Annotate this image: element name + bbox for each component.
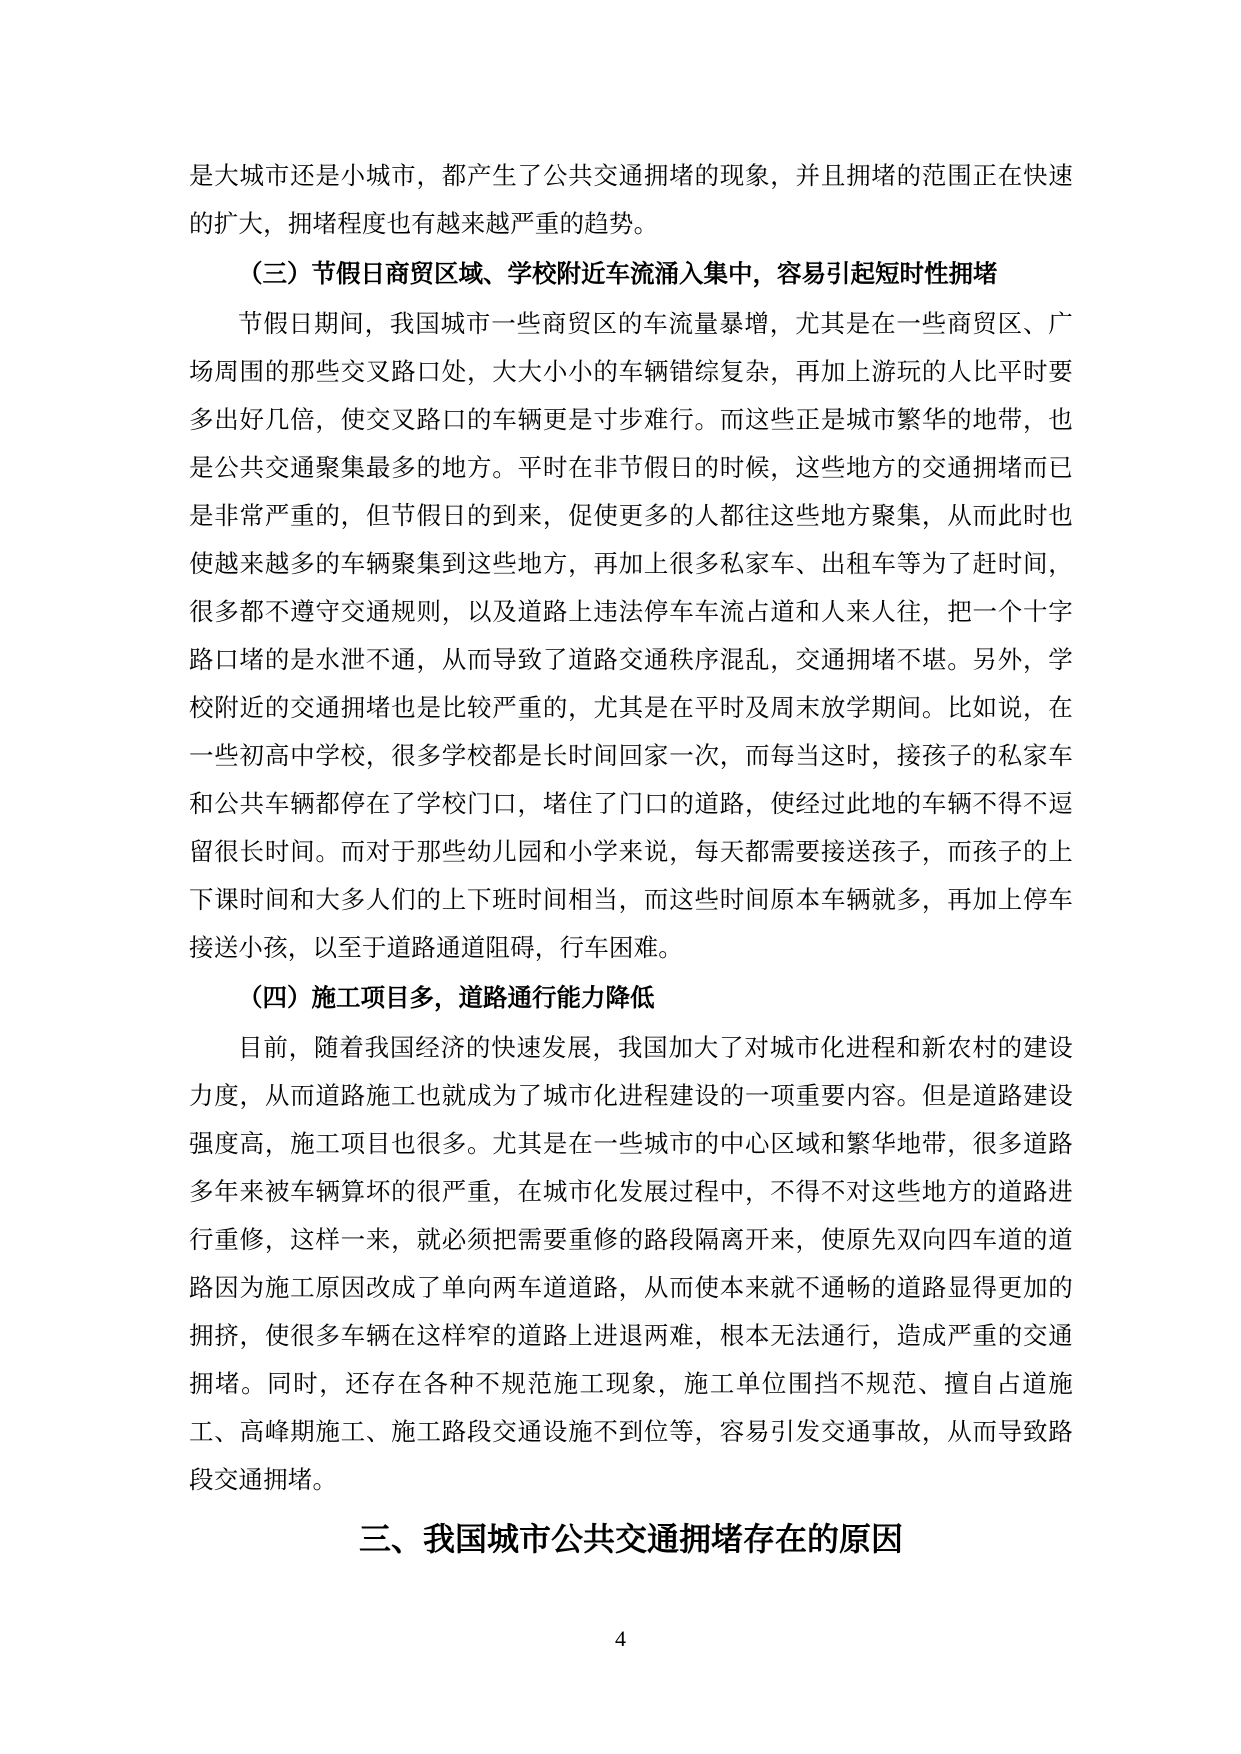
paragraph-section-three: 节假日期间，我国城市一些商贸区的车流量暴增，尤其是在一些商贸区、广场周围的那些交… bbox=[189, 301, 1073, 973]
paragraph-section-four: 目前，随着我国经济的快速发展，我国加大了对城市化进程和新农村的建设力度，从而道路… bbox=[189, 1025, 1073, 1505]
document-page: 是大城市还是小城市，都产生了公共交通拥堵的现象，并且拥堵的范围正在快速的扩大，拥… bbox=[0, 0, 1241, 1754]
carryover-paragraph: 是大城市还是小城市，都产生了公共交通拥堵的现象，并且拥堵的范围正在快速的扩大，拥… bbox=[189, 153, 1073, 249]
heading-section-three: （三）节假日商贸区域、学校附近车流涌入集中，容易引起短时性拥堵 bbox=[189, 251, 1073, 299]
page-number: 4 bbox=[0, 1626, 1241, 1652]
heading-section-four: （四）施工项目多，道路通行能力降低 bbox=[189, 975, 1073, 1023]
document-content: 是大城市还是小城市，都产生了公共交通拥堵的现象，并且拥堵的范围正在快速的扩大，拥… bbox=[189, 153, 1073, 1567]
chapter-heading: 三、我国城市公共交通拥堵存在的原因 bbox=[189, 1511, 1073, 1567]
